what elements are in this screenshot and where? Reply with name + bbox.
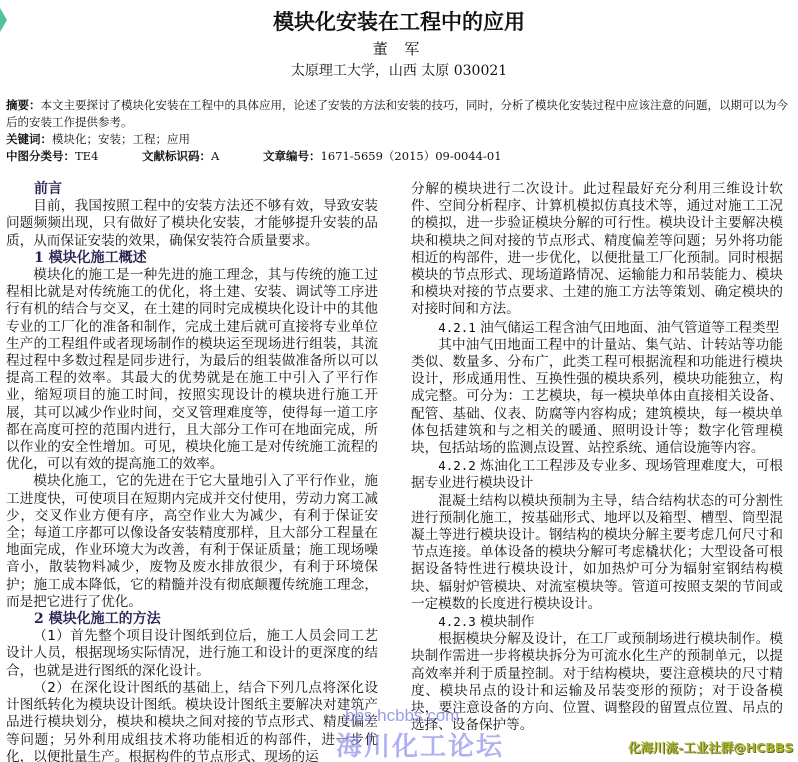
classification-line: 中图分类号：TE4 文献标识码：A 文章编号：1671-5659（2015）09… [6,148,796,165]
watermark-url: bbs.hcbbs.com [345,706,459,726]
paper-title: 模块化安装在工程中的应用 [0,6,798,36]
article-no-value: 1671-5659（2015）09-0044-01 [321,149,502,163]
subheading-4-2-2: 4.2.2 炼油化工工程涉及专业多、现场管理难度大，可根据专业进行模块设计 [411,457,783,492]
subheading-number: 4.2.1 [438,320,476,335]
paragraph-4-2-3: 根据模块分解及设计，在工厂或预制场进行模块制作。模块制作需进一步将模块拆分为可流… [411,631,783,734]
subheading-4-2-3: 4.2.3 模块制作 [411,613,783,631]
article-no-label: 文章编号： [263,149,321,163]
paragraph-preface: 目前，我国按照工程中的安装方法还不够有效，导致安装问题频频出现，只有做好了模块化… [6,198,378,250]
clc-value: TE4 [75,149,98,163]
subheading-number: 4.2.2 [438,458,476,473]
paper-author: 董 军 [0,38,798,59]
keywords-label: 关键词： [6,132,52,146]
doc-code-label: 文献标识码： [142,149,211,163]
abstract-label: 摘要： [6,98,41,112]
subheading-number: 4.2.3 [438,614,476,629]
clc-label: 中图分类号： [6,149,75,163]
subheading-title: 油气储运工程含油气田地面、油气管道等工程类型 [480,320,779,336]
heading-preface: 前言 [6,181,378,198]
paragraph-2b: （2）在深化设计图纸的基础上，结合下列几点将深化设计图纸转化为模块设计图纸。模块… [6,680,378,762]
heading-section-2: 2 模块化施工的方法 [6,611,378,628]
paragraph-continued: 分解的模块进行二次设计。此过程最好充分利用三维设计软件、空间分析程序、计算机模拟… [411,181,783,319]
paragraph-4-2-1: 其中油气田地面工程中的计量站、集气站、计转站等功能类似、数量多、分布广，此类工程… [411,337,783,457]
watermark-forum: 海川化工论坛 [336,726,504,762]
keywords: 关键词：模块化；安装；工程；应用 [6,131,796,148]
subheading-title: 模块制作 [480,614,534,630]
keywords-text: 模块化；安装；工程；应用 [52,132,190,146]
paragraph-1b: 模块化施工，它的先进在于它大量地引入了平行作业，施工进度快，可使项目在短期内完成… [6,473,378,611]
right-column: 分解的模块进行二次设计。此过程最好充分利用三维设计软件、空间分析程序、计算机模拟… [411,181,783,735]
watermark-community: 化海川流-工业社群@HCBBS [628,738,793,756]
paragraph-1a: 模块化的施工是一种先进的施工理念，其与传统的施工过程相比就是对传统施工的优化，将… [6,267,378,473]
left-column: 前言 目前，我国按照工程中的安装方法还不够有效，导致安装问题频频出现，只有做好了… [6,181,378,762]
abstract: 摘要：本文主要探讨了模块化安装在工程中的具体应用，论述了安装的方法和安装的技巧，… [6,97,796,131]
heading-section-1: 1 模块化施工概述 [6,250,378,267]
doc-code-value: A [211,149,219,163]
paragraph-2a: （1）首先整个项目设计图纸到位后，施工人员会同工艺设计人员，根据现场实际情况，进… [6,628,378,680]
paper-affiliation: 太原理工大学，山西 太原 030021 [0,60,798,80]
subheading-4-2-1: 4.2.1 油气储运工程含油气田地面、油气管道等工程类型 [411,319,783,337]
paragraph-4-2-2: 混凝土结构以模块预制为主导，结合结构状态的可分割性进行预制化施工，按基础形式、地… [411,493,783,613]
abstract-text: 本文主要探讨了模块化安装在工程中的具体应用，论述了安装的方法和安装的技巧，同时，… [6,98,788,129]
